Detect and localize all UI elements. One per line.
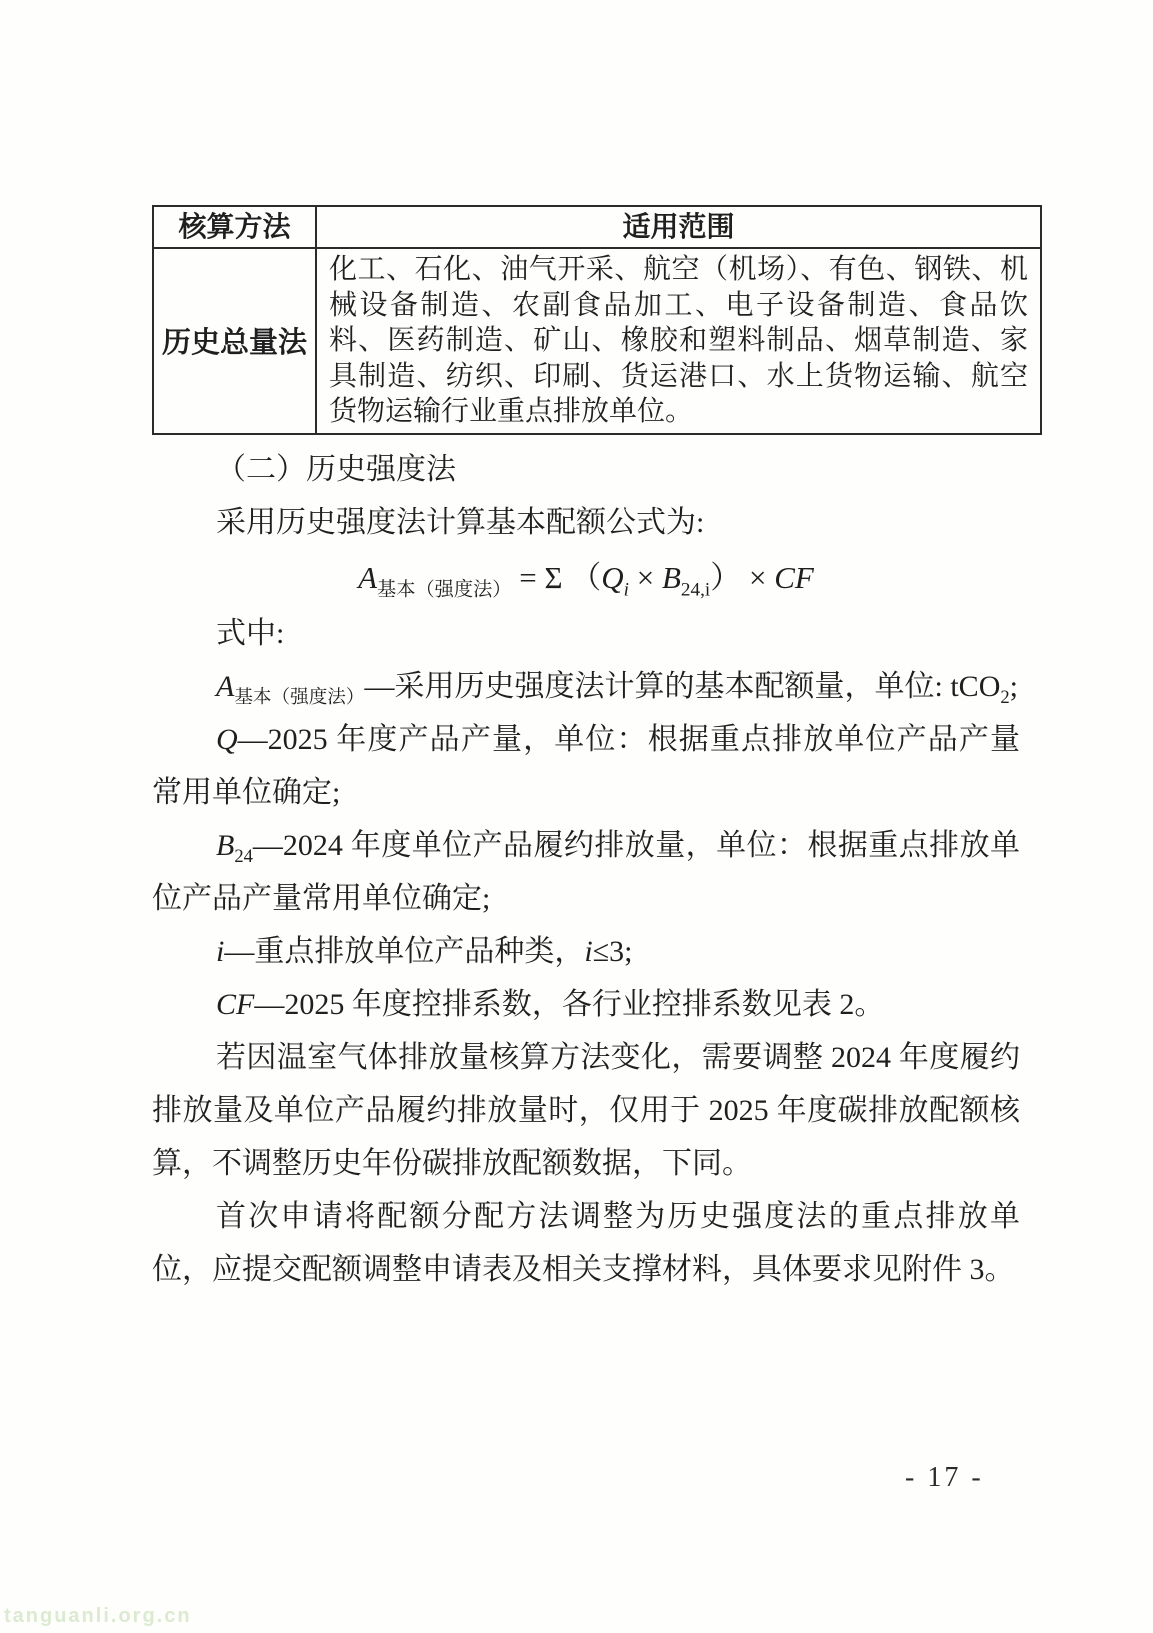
definition-cf: CF—2025 年度控排系数，各行业控排系数见表 2。 [152, 978, 1020, 1031]
table-cell-scope: 化工、石化、油气开采、航空（机场）、有色、钢铁、机械设备制造、农副食品加工、电子… [317, 249, 1040, 433]
body-paragraph-adjustment: 若因温室气体排放量核算方法变化，需要调整 2024 年度履约排放量及单位产品履约… [152, 1031, 1020, 1190]
watermark: tanguanli.org.cn [4, 1605, 192, 1628]
table-header-scope: 适用范围 [317, 207, 1040, 249]
table-cell-method: 历史总量法 [154, 249, 317, 433]
page-number: - 17 - [905, 1462, 1025, 1494]
document-page: 核算方法 适用范围 历史总量法 化工、石化、油气开采、航空（机场）、有色、钢铁、… [0, 0, 1153, 1633]
body-paragraph-application: 首次申请将配额分配方法调整为历史强度法的重点排放单位，应提交配额调整申请表及相关… [152, 1190, 1020, 1296]
document-content: 核算方法 适用范围 历史总量法 化工、石化、油气开采、航空（机场）、有色、钢铁、… [152, 205, 1042, 1296]
table-header-method: 核算方法 [154, 207, 317, 249]
definition-a-basic: A基本（强度法）—采用历史强度法计算的基本配额量，单位: tCO2; [152, 660, 1020, 713]
definition-b24: B24—2024 年度单位产品履约排放量，单位：根据重点排放单位产品产量常用单位… [152, 819, 1020, 925]
formula-where-label: 式中: [152, 607, 1020, 660]
section-body: （二）历史强度法 采用历史强度法计算基本配额公式为: A基本（强度法） = Σ … [152, 443, 1020, 1296]
definition-i: i—重点排放单位产品种类，i≤3; [152, 925, 1020, 978]
allocation-formula: A基本（强度法） = Σ （Qi × B24,i） × CF [152, 549, 1020, 607]
intro-paragraph: 采用历史强度法计算基本配额公式为: [152, 496, 1020, 549]
accounting-method-table: 核算方法 适用范围 历史总量法 化工、石化、油气开采、航空（机场）、有色、钢铁、… [152, 205, 1042, 435]
section-heading: （二）历史强度法 [152, 443, 1020, 496]
definition-q: Q—2025 年度产品产量，单位：根据重点排放单位产品产量常用单位确定; [152, 713, 1020, 819]
